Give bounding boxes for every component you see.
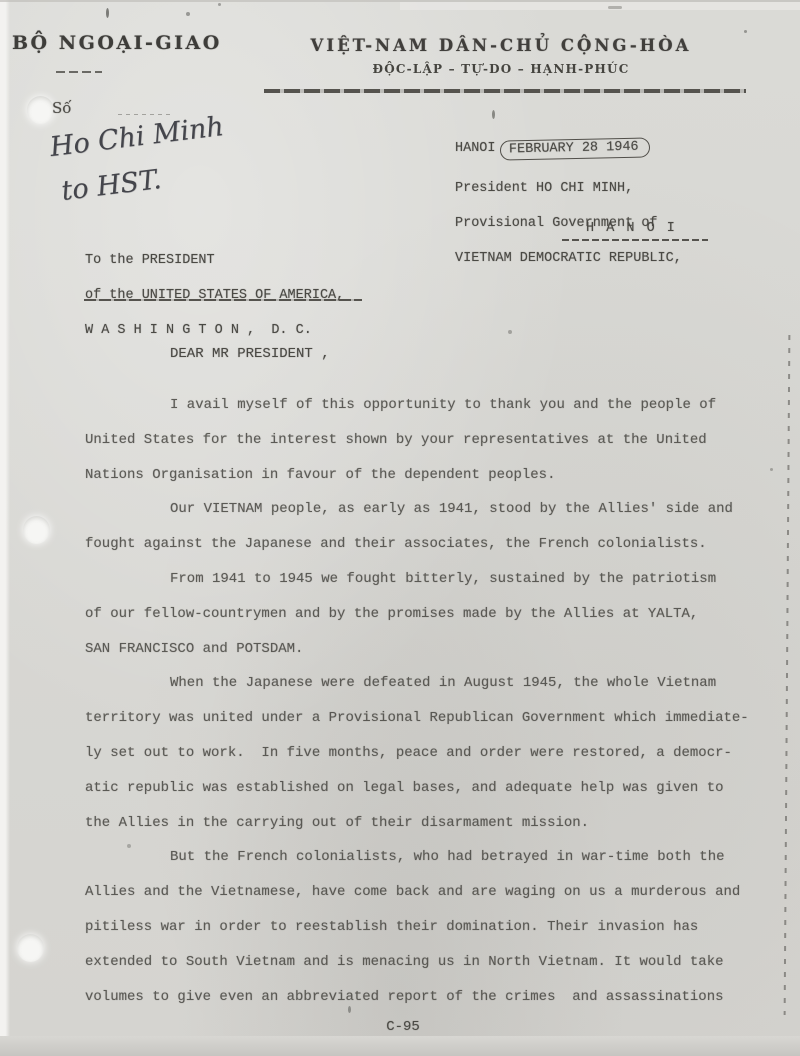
right-margin-dashed-line xyxy=(784,335,791,1015)
paragraph: From 1941 to 1945 we fought bitterly, su… xyxy=(85,562,765,666)
republic-title: VIỆT-NAM DÂN-CHỦ CỘNG-HÒA xyxy=(258,36,744,55)
paragraph: I avail myself of this opportunity to th… xyxy=(85,388,765,492)
recipient-block: To the PRESIDENTof the UNITED STATES OF … xyxy=(85,244,344,348)
letterhead-rule xyxy=(264,89,746,93)
dateline-city: HANOI xyxy=(455,141,496,156)
text-line: of the UNITED STATES OF AMERICA, xyxy=(85,279,344,314)
boxed-date: FEBRUARY 28 1946 xyxy=(499,137,649,160)
scan-speckle xyxy=(508,330,512,334)
text-line: Our VIETNAM people, as early as 1941, st… xyxy=(85,492,765,527)
scan-edge-top-light xyxy=(400,2,800,10)
ministry-underline xyxy=(56,71,102,73)
text-line: I avail myself of this opportunity to th… xyxy=(85,388,765,423)
national-motto: ĐỘC-LẬP – TỰ-DO – HẠNH-PHÚC xyxy=(258,62,744,76)
text-line: volumes to give even an abbreviated repo… xyxy=(85,980,765,1015)
text-line: President HO CHI MINH, xyxy=(455,172,682,207)
punch-hole xyxy=(27,96,54,124)
text-line: of our fellow-countrymen and by the prom… xyxy=(85,597,765,632)
reference-number-line xyxy=(118,114,170,115)
text-line: ly set out to work. In five months, peac… xyxy=(85,736,765,771)
text-line: When the Japanese were defeated in Augus… xyxy=(85,666,765,701)
letter-body: I avail myself of this opportunity to th… xyxy=(85,388,765,1014)
sender-city: H A N O I xyxy=(586,221,677,236)
punch-hole xyxy=(17,934,44,962)
scan-speckle xyxy=(218,3,221,6)
scan-edge-left xyxy=(0,0,10,1056)
text-line: VIETNAM DEMOCRATIC REPUBLIC, xyxy=(455,242,682,277)
scan-speckle xyxy=(608,6,622,9)
letterhead-center: VIỆT-NAM DÂN-CHỦ CỘNG-HÒA ĐỘC-LẬP – TỰ-D… xyxy=(258,36,744,76)
salutation: DEAR MR PRESIDENT , xyxy=(170,346,330,362)
text-line: Nations Organisation in favour of the de… xyxy=(85,458,765,493)
text-line: fought against the Japanese and their as… xyxy=(85,527,765,562)
dateline: HANOIFEBRUARY 28 1946 xyxy=(455,139,649,159)
paragraph: But the French colonialists, who had bet… xyxy=(85,840,765,1014)
text-line: From 1941 to 1945 we fought bitterly, su… xyxy=(85,562,765,597)
scan-speckle xyxy=(186,12,190,16)
sender-city-underline xyxy=(562,239,708,241)
text-line: extended to South Vietnam and is menacin… xyxy=(85,945,765,980)
text-line: United States for the interest shown by … xyxy=(85,423,765,458)
text-line: But the French colonialists, who had bet… xyxy=(85,840,765,875)
scan-speckle xyxy=(744,30,747,33)
text-line: territory was united under a Provisional… xyxy=(85,701,765,736)
ministry-title: BỘ NGOẠI-GIAO xyxy=(12,32,222,54)
scan-edge-bottom xyxy=(0,1036,800,1056)
text-line: the Allies in the carrying out of their … xyxy=(85,806,765,841)
scan-speckle xyxy=(106,8,109,18)
letter-page: BỘ NGOẠI-GIAO VIỆT-NAM DÂN-CHỦ CỘNG-HÒA … xyxy=(0,0,800,1056)
paragraph: Our VIETNAM people, as early as 1941, st… xyxy=(85,492,765,562)
punch-hole xyxy=(23,516,50,544)
page-number: C-95 xyxy=(0,1019,800,1035)
text-line: W A S H I N G T O N , D. C. xyxy=(85,314,344,349)
reference-number-label: Số xyxy=(52,99,71,117)
scan-speckle xyxy=(770,468,773,471)
text-line: Allies and the Vietnamese, have come bac… xyxy=(85,875,765,910)
text-line: SAN FRANCISCO and POTSDAM. xyxy=(85,632,765,667)
handwritten-annotation: Ho Chi Minh to HST. xyxy=(48,104,286,207)
text-line: atic republic was established on legal b… xyxy=(85,771,765,806)
scan-speckle xyxy=(492,110,495,119)
text-line: pitiless war in order to reestablish the… xyxy=(85,910,765,945)
recipient-underline xyxy=(84,299,362,301)
paragraph: When the Japanese were defeated in Augus… xyxy=(85,666,765,840)
text-line: To the PRESIDENT xyxy=(85,244,344,279)
